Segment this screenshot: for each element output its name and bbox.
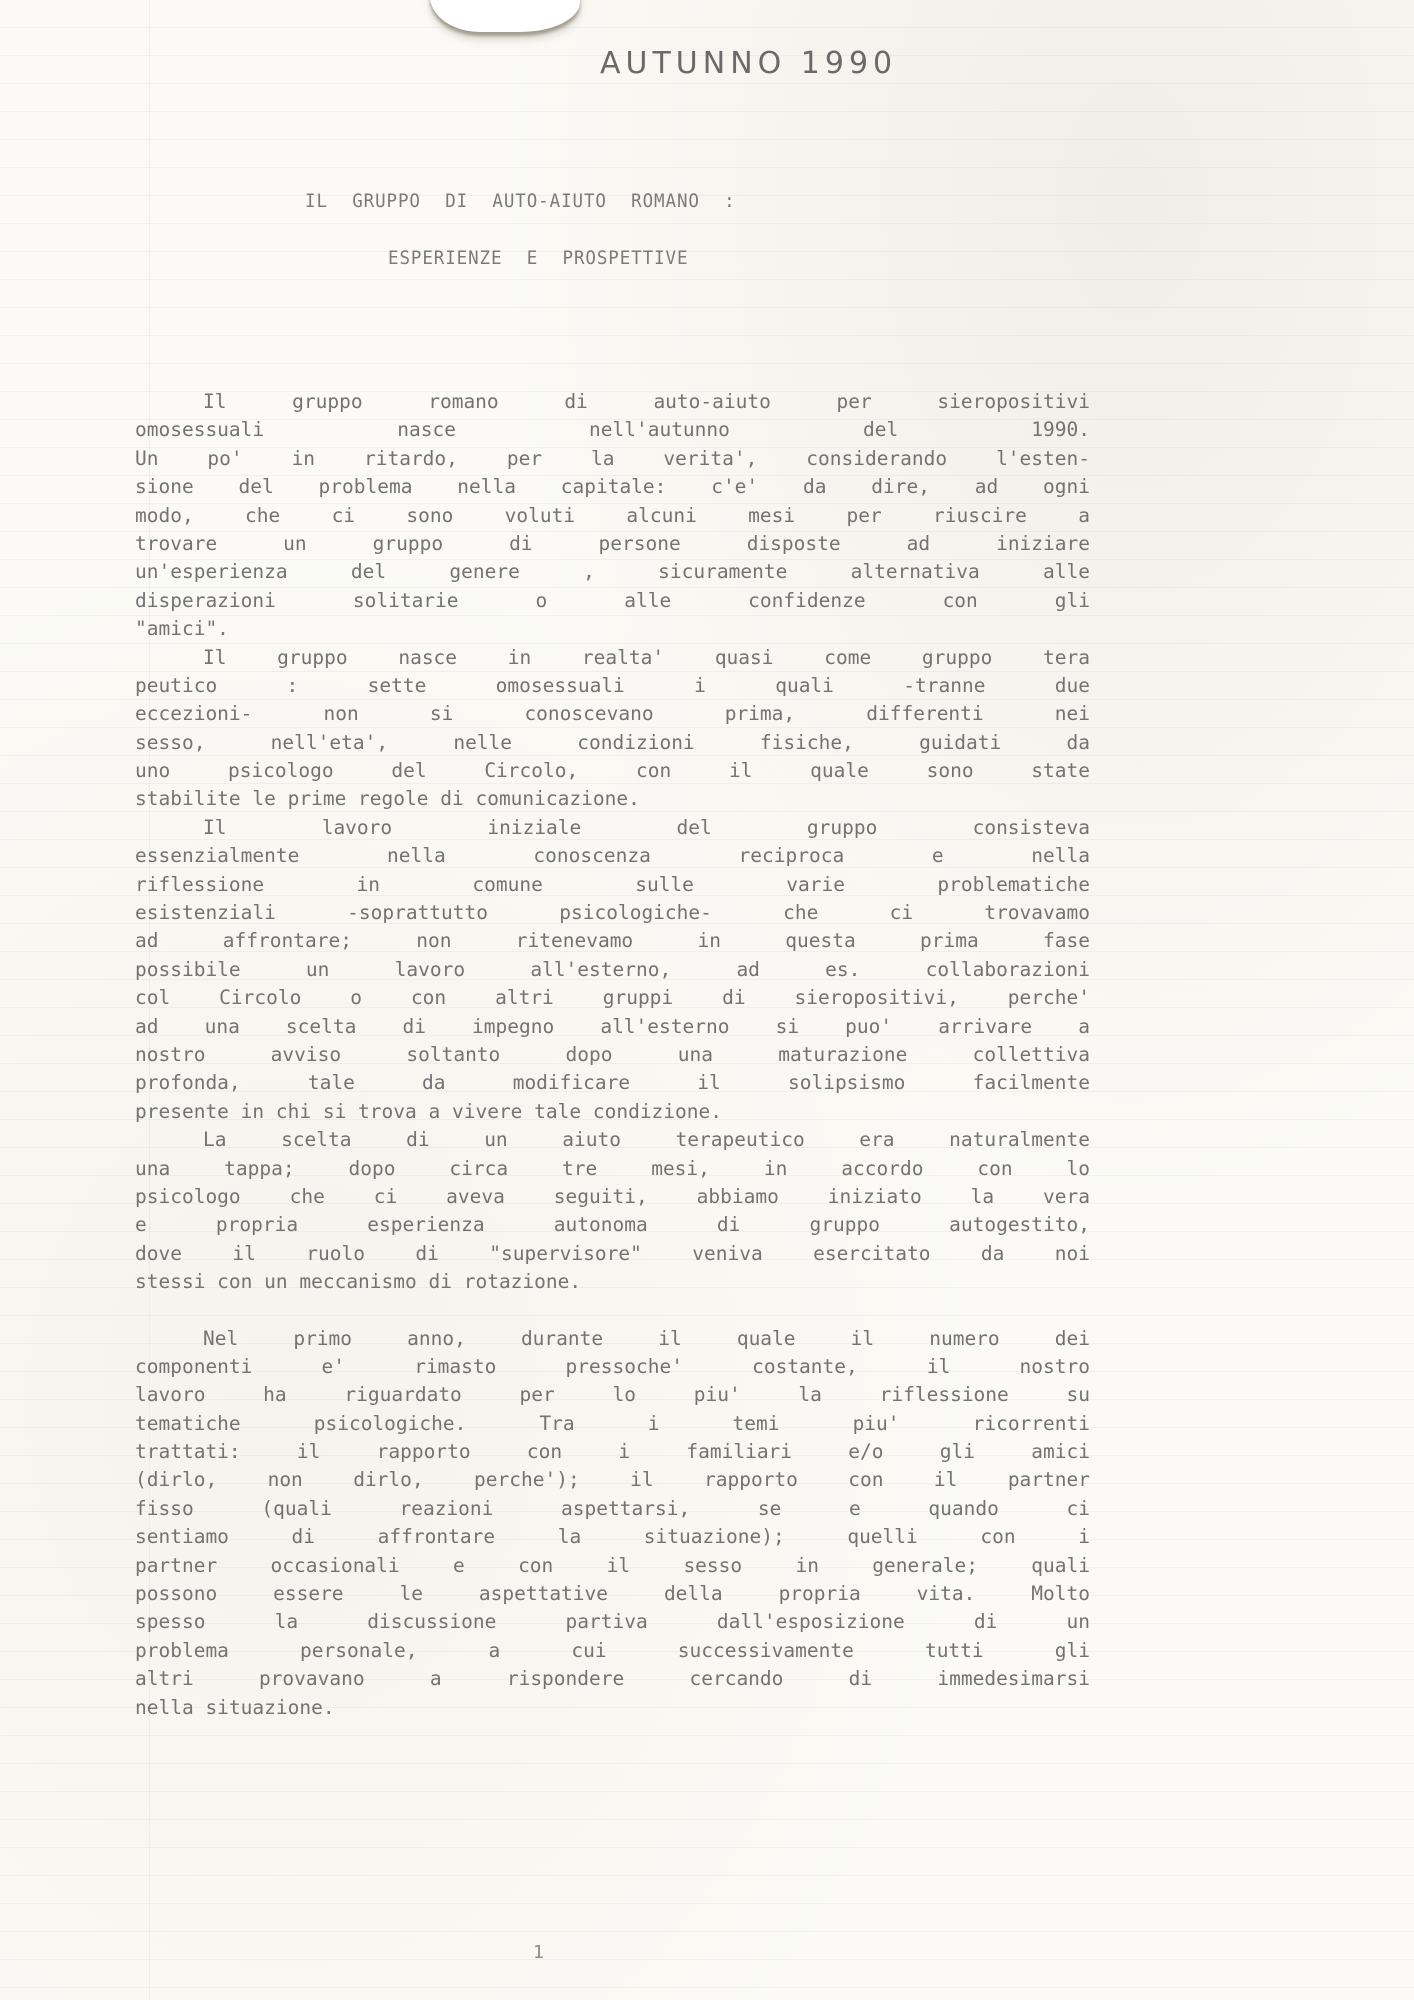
- page-number: 1: [533, 1942, 544, 1963]
- document-title: IL GRUPPO DI AUTO-AIUTO ROMANO :: [305, 190, 736, 212]
- text-line: psicologo che ci aveva seguiti, abbiamo …: [135, 1183, 1090, 1211]
- handwritten-date-note: AUTUNNO 1990: [600, 46, 897, 81]
- document-page: AUTUNNO 1990 IL GRUPPO DI AUTO-AIUTO ROM…: [0, 0, 1414, 2000]
- text-line: trovare un gruppo di persone disposte ad…: [135, 530, 1090, 558]
- paragraph: Il gruppo nasce in realta' quasi come gr…: [135, 644, 1090, 814]
- text-line: eccezioni- non si conoscevano prima, dif…: [135, 700, 1090, 728]
- document-body: Il gruppo romano di auto-aiuto per siero…: [135, 388, 1090, 1722]
- text-line: Un po' in ritardo, per la verita', consi…: [135, 445, 1090, 473]
- text-line: una tappa; dopo circa tre mesi, in accor…: [135, 1155, 1090, 1183]
- text-line: ad una scelta di impegno all'esterno si …: [135, 1013, 1090, 1041]
- text-line: Il gruppo nasce in realta' quasi come gr…: [135, 644, 1090, 672]
- text-line: riflessione in comune sulle varie proble…: [135, 871, 1090, 899]
- text-line: componenti e' rimasto pressoche' costant…: [135, 1353, 1090, 1381]
- text-line: spesso la discussione partiva dall'espos…: [135, 1608, 1090, 1636]
- paragraph-gap: [135, 1297, 1090, 1325]
- text-line: col Circolo o con altri gruppi di sierop…: [135, 984, 1090, 1012]
- paragraph: La scelta di un aiuto terapeutico era na…: [135, 1126, 1090, 1296]
- text-line: sesso, nell'eta', nelle condizioni fisic…: [135, 729, 1090, 757]
- paragraph: Il lavoro iniziale del gruppo consisteva…: [135, 814, 1090, 1126]
- text-line: disperazioni solitarie o alle confidenze…: [135, 587, 1090, 615]
- text-line: stabilite le prime regole di comunicazio…: [135, 785, 1090, 813]
- text-line: modo, che ci sono voluti alcuni mesi per…: [135, 502, 1090, 530]
- text-line: fisso (quali reazioni aspettarsi, se e q…: [135, 1495, 1090, 1523]
- text-line: "amici".: [135, 615, 1090, 643]
- paragraph: Nel primo anno, durante il quale il nume…: [135, 1325, 1090, 1722]
- text-line: problema personale, a cui successivament…: [135, 1637, 1090, 1665]
- text-line: sentiamo di affrontare la situazione); q…: [135, 1523, 1090, 1551]
- text-line: partner occasionali e con il sesso in ge…: [135, 1552, 1090, 1580]
- text-line: esistenziali -soprattutto psicologiche- …: [135, 899, 1090, 927]
- text-line: peutico : sette omosessuali i quali -tra…: [135, 672, 1090, 700]
- text-line: possono essere le aspettative della prop…: [135, 1580, 1090, 1608]
- text-line: tematiche psicologiche. Tra i temi piu' …: [135, 1410, 1090, 1438]
- paragraph: Il gruppo romano di auto-aiuto per siero…: [135, 388, 1090, 644]
- text-line: uno psicologo del Circolo, con il quale …: [135, 757, 1090, 785]
- text-line: nostro avviso soltanto dopo una maturazi…: [135, 1041, 1090, 1069]
- text-line: Nel primo anno, durante il quale il nume…: [135, 1325, 1090, 1353]
- text-line: La scelta di un aiuto terapeutico era na…: [135, 1126, 1090, 1154]
- text-line: sione del problema nella capitale: c'e' …: [135, 473, 1090, 501]
- text-line: stessi con un meccanismo di rotazione.: [135, 1268, 1090, 1296]
- text-line: dove il ruolo di "supervisore" veniva es…: [135, 1240, 1090, 1268]
- text-line: essenzialmente nella conoscenza reciproc…: [135, 842, 1090, 870]
- document-subtitle: ESPERIENZE E PROSPETTIVE: [388, 247, 688, 269]
- text-line: nella situazione.: [135, 1694, 1090, 1722]
- paper-damage: [430, 0, 580, 32]
- text-line: (dirlo, non dirlo, perche'); il rapporto…: [135, 1466, 1090, 1494]
- text-line: profonda, tale da modificare il solipsis…: [135, 1069, 1090, 1097]
- text-line: lavoro ha riguardato per lo piu' la rifl…: [135, 1381, 1090, 1409]
- text-line: un'esperienza del genere , sicuramente a…: [135, 558, 1090, 586]
- text-line: omosessuali nasce nell'autunno del 1990.: [135, 416, 1090, 444]
- text-line: Il gruppo romano di auto-aiuto per siero…: [135, 388, 1090, 416]
- text-line: e propria esperienza autonoma di gruppo …: [135, 1211, 1090, 1239]
- text-line: presente in chi si trova a vivere tale c…: [135, 1098, 1090, 1126]
- text-line: Il lavoro iniziale del gruppo consisteva: [135, 814, 1090, 842]
- text-line: ad affrontare; non ritenevamo in questa …: [135, 927, 1090, 955]
- text-line: trattati: il rapporto con i familiari e/…: [135, 1438, 1090, 1466]
- text-line: altri provavano a rispondere cercando di…: [135, 1665, 1090, 1693]
- text-line: possibile un lavoro all'esterno, ad es. …: [135, 956, 1090, 984]
